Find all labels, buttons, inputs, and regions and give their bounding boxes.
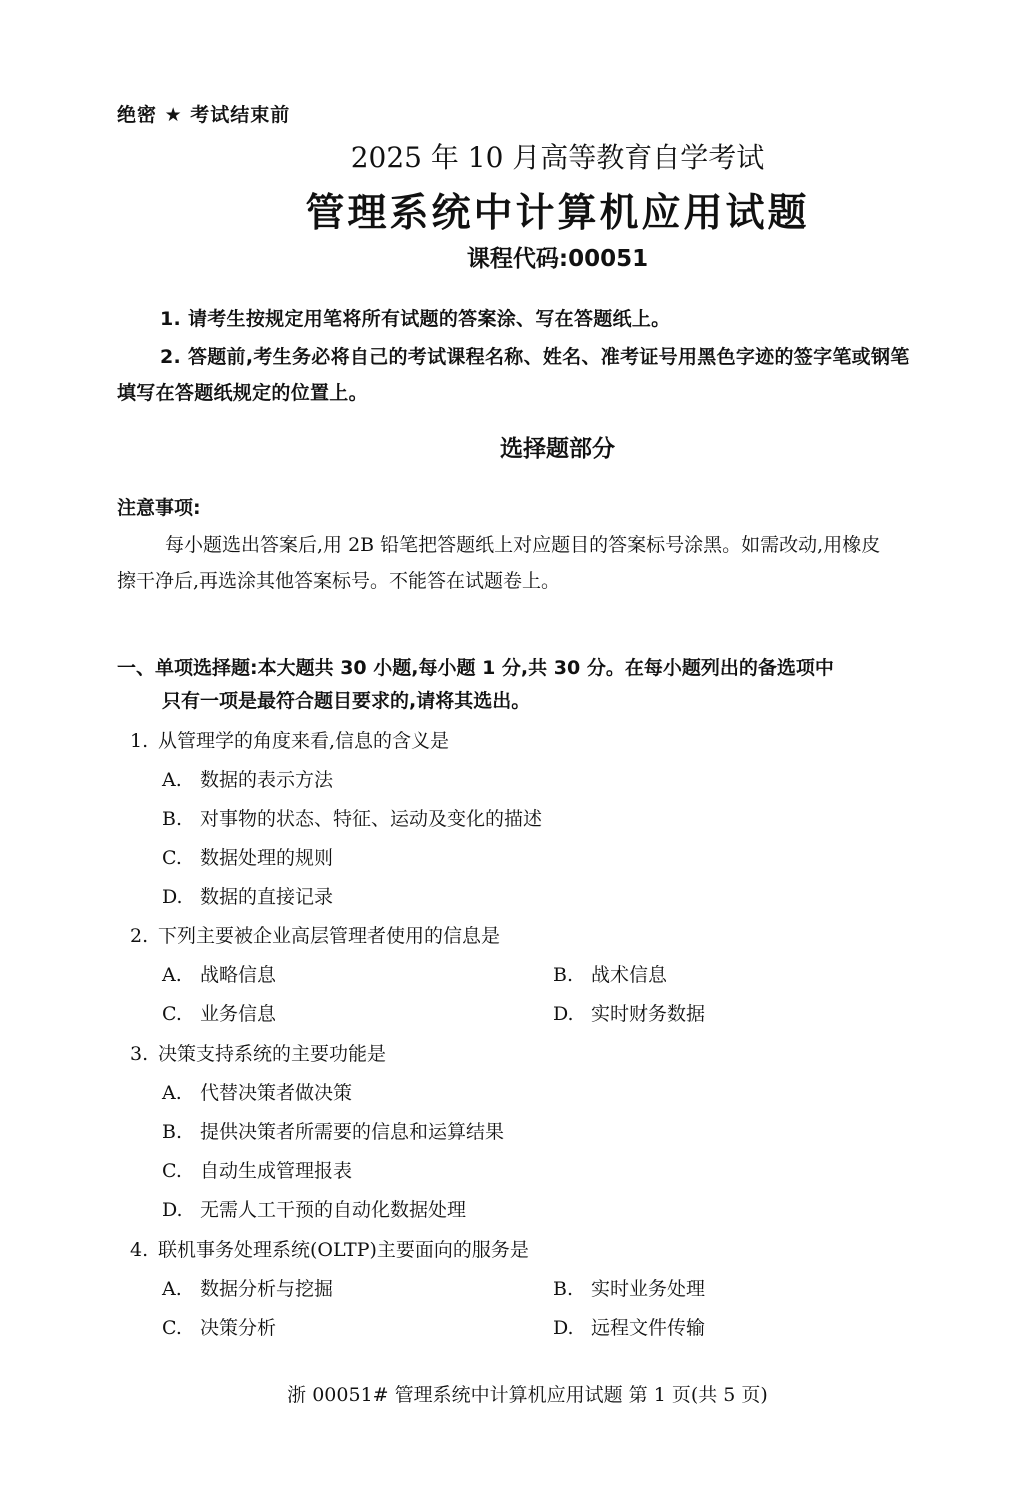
instruction-2-continued: 填写在答题纸规定的位置上。	[117, 378, 368, 405]
notice-text-1: 每小题选出答案后,用 2B 铅笔把答题纸上对应题目的答案标号涂黑。如需改动,用橡…	[165, 530, 880, 557]
paper-title: 管理系统中计算机应用试题	[0, 182, 1035, 238]
q2-option-d: D.实时财务数据	[553, 999, 705, 1026]
question-4: 4.联机事务处理系统(OLTP)主要面向的服务是	[130, 1235, 529, 1262]
part-one-heading-continued: 只有一项是最符合题目要求的,请将其选出。	[162, 686, 530, 713]
notice-label: 注意事项:	[117, 493, 201, 520]
q3-option-c: C.自动生成管理报表	[162, 1156, 352, 1183]
question-stem: 决策支持系统的主要功能是	[158, 1043, 386, 1065]
question-3: 3.决策支持系统的主要功能是	[130, 1039, 386, 1066]
q3-option-b: B.提供决策者所需要的信息和运算结果	[162, 1117, 504, 1144]
instruction-2: 2. 答题前,考生务必将自己的考试课程名称、姓名、准考证号用黑色字迹的签字笔或钢…	[160, 342, 910, 369]
q4-option-b: B.实时业务处理	[553, 1274, 705, 1301]
q4-option-d: D.远程文件传输	[553, 1313, 705, 1340]
q2-option-b: B.战术信息	[553, 960, 667, 987]
question-number: 2.	[130, 925, 158, 947]
q1-option-c: C.数据处理的规则	[162, 843, 333, 870]
question-1: 1.从管理学的角度来看,信息的含义是	[130, 726, 449, 753]
course-code: 课程代码:00051	[0, 240, 1035, 273]
q4-option-a: A.数据分析与挖掘	[162, 1274, 333, 1301]
q2-option-a: A.战略信息	[162, 960, 276, 987]
part-one-heading: 一、单项选择题:本大题共 30 小题,每小题 1 分,共 30 分。在每小题列出…	[117, 653, 834, 680]
confidential-label: 绝密 ★ 考试结束前	[117, 100, 290, 127]
page-footer: 浙 00051# 管理系统中计算机应用试题 第 1 页(共 5 页)	[0, 1380, 1035, 1407]
section-heading: 选择题部分	[0, 430, 1035, 463]
q4-option-c: C.决策分析	[162, 1313, 276, 1340]
instruction-1: 1. 请考生按规定用笔将所有试题的答案涂、写在答题纸上。	[160, 304, 670, 331]
exam-title: 2025 年 10 月高等教育自学考试	[0, 136, 1035, 176]
q1-option-d: D.数据的直接记录	[162, 882, 333, 909]
q2-option-c: C.业务信息	[162, 999, 276, 1026]
question-2: 2.下列主要被企业高层管理者使用的信息是	[130, 921, 500, 948]
question-number: 1.	[130, 730, 158, 752]
question-stem: 联机事务处理系统(OLTP)主要面向的服务是	[158, 1239, 529, 1261]
question-stem: 从管理学的角度来看,信息的含义是	[158, 730, 449, 752]
q3-option-a: A.代替决策者做决策	[162, 1078, 352, 1105]
question-stem: 下列主要被企业高层管理者使用的信息是	[158, 925, 500, 947]
q3-option-d: D.无需人工干预的自动化数据处理	[162, 1195, 466, 1222]
question-number: 3.	[130, 1043, 158, 1065]
question-number: 4.	[130, 1239, 158, 1261]
q1-option-b: B.对事物的状态、特征、运动及变化的描述	[162, 804, 542, 831]
notice-text-2: 擦干净后,再选涂其他答案标号。不能答在试题卷上。	[117, 566, 560, 593]
q1-option-a: A.数据的表示方法	[162, 765, 333, 792]
